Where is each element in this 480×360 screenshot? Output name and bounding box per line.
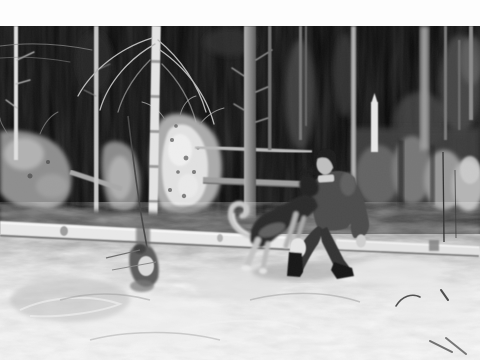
photograph	[0, 0, 480, 360]
film-grain	[0, 26, 480, 360]
photo-frame	[0, 0, 480, 360]
top-border	[0, 0, 480, 26]
